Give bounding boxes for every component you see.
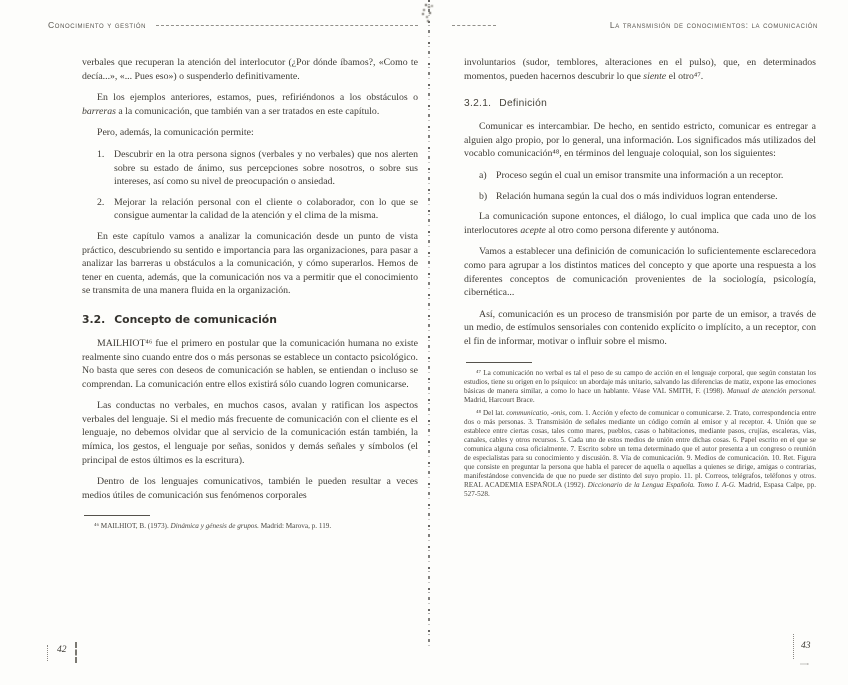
left-page: Conocimiento y gestión verbales que recu… (48, 20, 418, 535)
footnote: ⁴⁸ Del lat. communicatio, -onis, com. 1.… (464, 409, 816, 499)
paragraph: En este capítulo vamos a analizar la com… (82, 230, 418, 298)
section-heading-text: Concepto de comunicación (114, 313, 277, 326)
paragraph: Vamos a establecer una definición de com… (464, 245, 816, 299)
paragraph: MAILHIOT⁴⁶ fue el primero en postular qu… (82, 337, 418, 391)
right-page: La transmisión de conocimientos: la comu… (452, 20, 818, 503)
margin-mark (801, 664, 809, 665)
header-rule-right (452, 25, 496, 26)
list-item-text: Descubrir en la otra persona signos (ver… (114, 148, 418, 189)
list-item: a) Proceso según el cual un emisor trans… (479, 169, 816, 183)
paragraph: En los ejemplos anteriores, estamos, pue… (82, 91, 418, 118)
scan-speckles (425, 4, 427, 6)
paragraph: Dentro de los lenguajes comunicativos, t… (82, 475, 418, 502)
list-item-number: 1. (97, 148, 114, 189)
page-number-right: 43 (801, 641, 811, 651)
list-item-number: 2. (97, 196, 114, 223)
section-heading-number: 3.2. (82, 313, 105, 326)
paragraph: Así, comunicación es un proceso de trans… (464, 308, 816, 349)
list-item-number: b) (479, 190, 496, 204)
book-gutter-line (428, 0, 430, 648)
list-item-text: Relación humana según la cual dos o más … (496, 190, 816, 204)
list-item: b) Relación humana según la cual dos o m… (479, 190, 816, 204)
footnote: ⁴⁷ La comunicación no verbal es tal el p… (464, 369, 816, 405)
subsection-heading: 3.2.1. Definición (464, 98, 816, 109)
left-page-body: verbales que recuperan la atención del i… (82, 56, 418, 531)
section-heading: 3.2. Concepto de comunicación (82, 313, 418, 326)
footnote: ⁴⁶ MAILHIOT, B. (1973). Dinámica y génes… (82, 522, 418, 531)
running-header-right: La transmisión de conocimientos: la comu… (452, 20, 818, 30)
list-item: 2. Mejorar la relación personal con el c… (97, 196, 418, 223)
paragraph: verbales que recuperan la atención del i… (82, 56, 418, 83)
subsection-heading-number: 3.2.1. (464, 98, 491, 109)
running-header-left-title: Conocimiento y gestión (48, 20, 146, 30)
paragraph: Las conductas no verbales, en muchos cas… (82, 399, 418, 467)
list-item-text: Proceso según el cual un emisor transmit… (496, 169, 816, 183)
paragraph: Pero, además, la comunicación permite: (82, 126, 418, 140)
margin-mark (47, 645, 48, 661)
footnote-rule (84, 515, 150, 516)
margin-mark (793, 634, 794, 659)
paragraph: Comunicar es intercambiar. De hecho, en … (464, 120, 816, 161)
paragraph: La comunicación supone entonces, el diál… (464, 210, 816, 237)
header-rule-left (156, 25, 418, 26)
list-item-text: Mejorar la relación personal con el clie… (114, 196, 418, 223)
footnote-rule (466, 362, 532, 363)
page-number-left: 42 (57, 645, 67, 655)
running-header-right-title: La transmisión de conocimientos: la comu… (610, 20, 818, 30)
paragraph: involuntarios (sudor, temblores, alterac… (464, 56, 816, 83)
running-header-left: Conocimiento y gestión (48, 20, 418, 30)
right-page-body: involuntarios (sudor, temblores, alterac… (464, 56, 816, 499)
book-scan: Conocimiento y gestión verbales que recu… (0, 0, 848, 685)
margin-mark (75, 642, 77, 663)
subsection-heading-text: Definición (499, 98, 547, 109)
list-item: 1. Descubrir en la otra persona signos (… (97, 148, 418, 189)
list-item-number: a) (479, 169, 496, 183)
